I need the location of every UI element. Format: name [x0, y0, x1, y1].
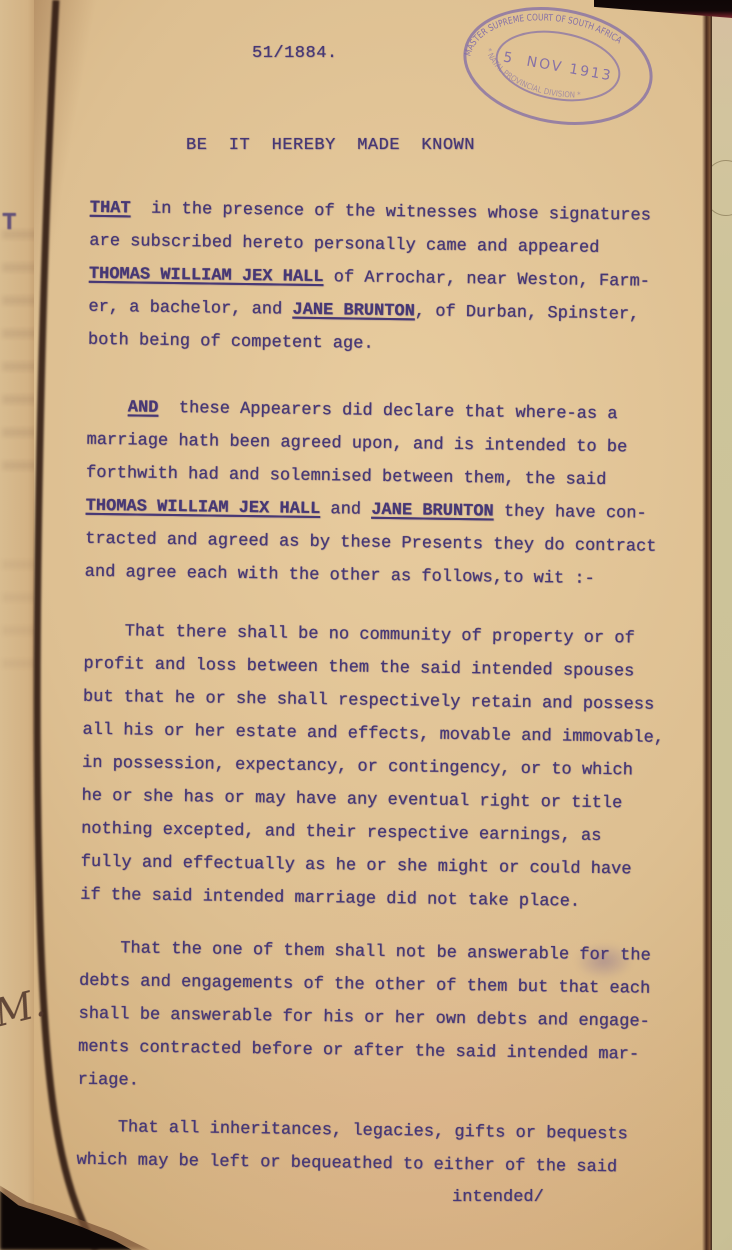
text-segment: in possession, expectancy, or contingenc…	[82, 754, 633, 781]
text-segment: forthwith had and solemnised between the…	[86, 464, 607, 490]
text-segment: That there shall be no community of prop…	[84, 622, 635, 649]
scanned-document-photo: T 51/1884. MASTER SUPREME COURT OF SOUTH…	[0, 0, 732, 1250]
text-segment: which may be left or bequeathed to eithe…	[76, 1151, 617, 1178]
text-segment: and agree each with the other as follows…	[85, 563, 595, 589]
court-date-stamp: MASTER SUPREME COURT OF SOUTH AFRICA * N…	[452, 0, 664, 135]
text-segment: and	[320, 500, 371, 520]
text-segment: he or she has or may have any eventual r…	[81, 787, 622, 814]
underlying-page-edge	[712, 0, 732, 1250]
text-segment: of Arrochar, near Weston, Farm-	[323, 268, 650, 292]
text-segment: , of Durban, Spinster,	[415, 302, 640, 324]
catchword: intended/	[452, 1188, 544, 1207]
text-segment: they have con-	[494, 502, 647, 523]
contract-paragraph: That all inheritances, legacies, gifts o…	[76, 1111, 677, 1185]
contract-paragraph: AND these Appearers did declare that whe…	[84, 391, 687, 597]
text-segment: shall be answerable for his or her own d…	[78, 1005, 650, 1032]
pressure-ring-mark	[712, 160, 732, 216]
stamp-bottom-text: * NATAL PROVINCIAL DIVISION *	[452, 0, 659, 113]
text-segment	[87, 398, 128, 418]
text-segment: in the presence of the witnesses whose s…	[130, 199, 651, 225]
text-segment: both being of competent age.	[88, 331, 374, 354]
text-segment: debts and engagements of the other of th…	[79, 972, 651, 999]
contract-paragraph: THAT in the presence of the witnesses wh…	[88, 192, 690, 365]
text-segment: nothing excepted, and their respective e…	[81, 820, 602, 846]
underlined-text: JANE BRUNTON	[292, 301, 415, 322]
text-segment: ments contracted before or after the sai…	[78, 1038, 639, 1065]
text-segment: these Appearers did declare that where-a…	[158, 399, 617, 424]
text-segment: riage.	[77, 1071, 138, 1091]
text-segment: er, a bachelor, and	[88, 298, 292, 320]
text-line: and agree each with the other as follows…	[84, 556, 684, 597]
contract-paragraph: That there shall be no community of prop…	[80, 615, 684, 920]
text-segment: if the said intended marriage did not ta…	[80, 886, 580, 912]
underlined-text: THOMAS WILLIAM JEX HALL	[86, 497, 321, 519]
text-segment: That all inheritances, legacies, gifts o…	[77, 1118, 628, 1145]
contract-body: THAT in the presence of the witnesses wh…	[76, 192, 690, 1185]
underlined-text: AND	[128, 398, 159, 417]
text-segment: fully and effectually as he or she might…	[81, 853, 632, 880]
text-segment: all his or her estate and effects, movab…	[82, 721, 664, 748]
document-heading: BE IT HEREBY MADE KNOWN	[186, 136, 475, 155]
underlined-text: JANE BRUNTON	[371, 501, 494, 522]
underlined-text: THAT	[90, 199, 131, 219]
text-segment: That the one of them shall not be answer…	[79, 939, 651, 966]
stamp-top-text: MASTER SUPREME COURT OF SOUTH AFRICA	[452, 0, 664, 93]
underlined-text: THOMAS WILLIAM JEX HALL	[89, 265, 324, 287]
reference-number: 51/1884.	[252, 44, 338, 63]
text-segment: but that he or she shall respectively re…	[83, 688, 655, 715]
ink-smudge	[575, 943, 633, 979]
text-segment: marriage hath been agreed upon, and is i…	[86, 431, 627, 458]
text-segment: are subscribed hereto personally came an…	[89, 232, 599, 258]
text-segment: profit and loss between them the said in…	[83, 655, 634, 682]
text-segment: tracted and agreed as by these Presents …	[85, 530, 657, 557]
